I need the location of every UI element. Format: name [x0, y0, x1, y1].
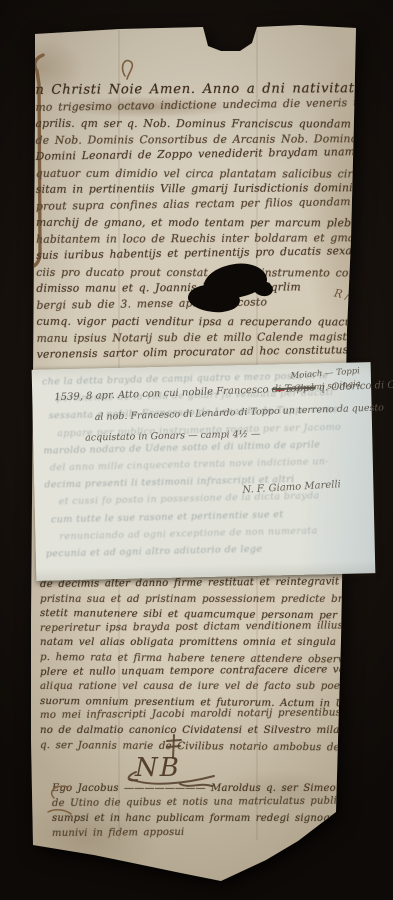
- upper-text-block: n Christi Noie Amen. Anno a dni nativita…: [35, 81, 350, 363]
- manuscript-line: pristina sua et ad pristinam possessione…: [40, 593, 344, 608]
- archive-photo: n Christi Noie Amen. Anno a dni nativita…: [0, 0, 393, 900]
- manuscript-line: veronensis sartor olim procurator ad hoc…: [37, 342, 351, 363]
- archival-slip: che la detta brayda de campi quatro e me…: [32, 362, 376, 581]
- manuscript-line: marchij de gmano, et modo tentam per mar…: [36, 215, 350, 232]
- notary-closing-block: Ego Jacobus ———————— Maroldus q. ser Sim…: [52, 781, 344, 841]
- monogram-letters: NB: [134, 753, 181, 783]
- manuscript-line: aprilis. qm ser q. Nob. Dominus Francisc…: [35, 116, 349, 133]
- manuscript-line: aliqua ratione vel causa de iure vel de …: [40, 680, 344, 695]
- manuscript-line: de Utino die quibus et notis una matricu…: [52, 793, 344, 811]
- manuscript-line: cumq. vigor pacti venditur ipsa a recupe…: [37, 314, 351, 331]
- pen-curl-icon: [116, 54, 138, 82]
- lower-text-block: de decimis alter danno firme restituat e…: [40, 578, 344, 753]
- manuscript-line: Domini Leonardi de Zoppo venediderit bra…: [36, 144, 350, 165]
- manuscript-line: ciis pro ducato prout constat publico in…: [36, 264, 350, 281]
- closing-flourish-icon: [44, 782, 74, 828]
- manuscript-line: reperiretur ipsa brayda post dictam vend…: [40, 619, 344, 636]
- manuscript-line: munivi in fidem apposui: [52, 823, 344, 841]
- manuscript-line: plere et nullo unquam tempore contraface…: [40, 663, 344, 680]
- manuscript-line: suis iuribus habentijs et pertinentijs p…: [36, 243, 350, 264]
- manuscript-line: mo mei infrascripti Jacobi maroldi notar…: [40, 707, 344, 724]
- manuscript-line: quatuor cum dimidio vel circa plantatam …: [36, 165, 350, 182]
- struck-word: di Toppo: [272, 383, 316, 396]
- manuscript-line: natam vel alias obligata promittens omni…: [40, 636, 344, 651]
